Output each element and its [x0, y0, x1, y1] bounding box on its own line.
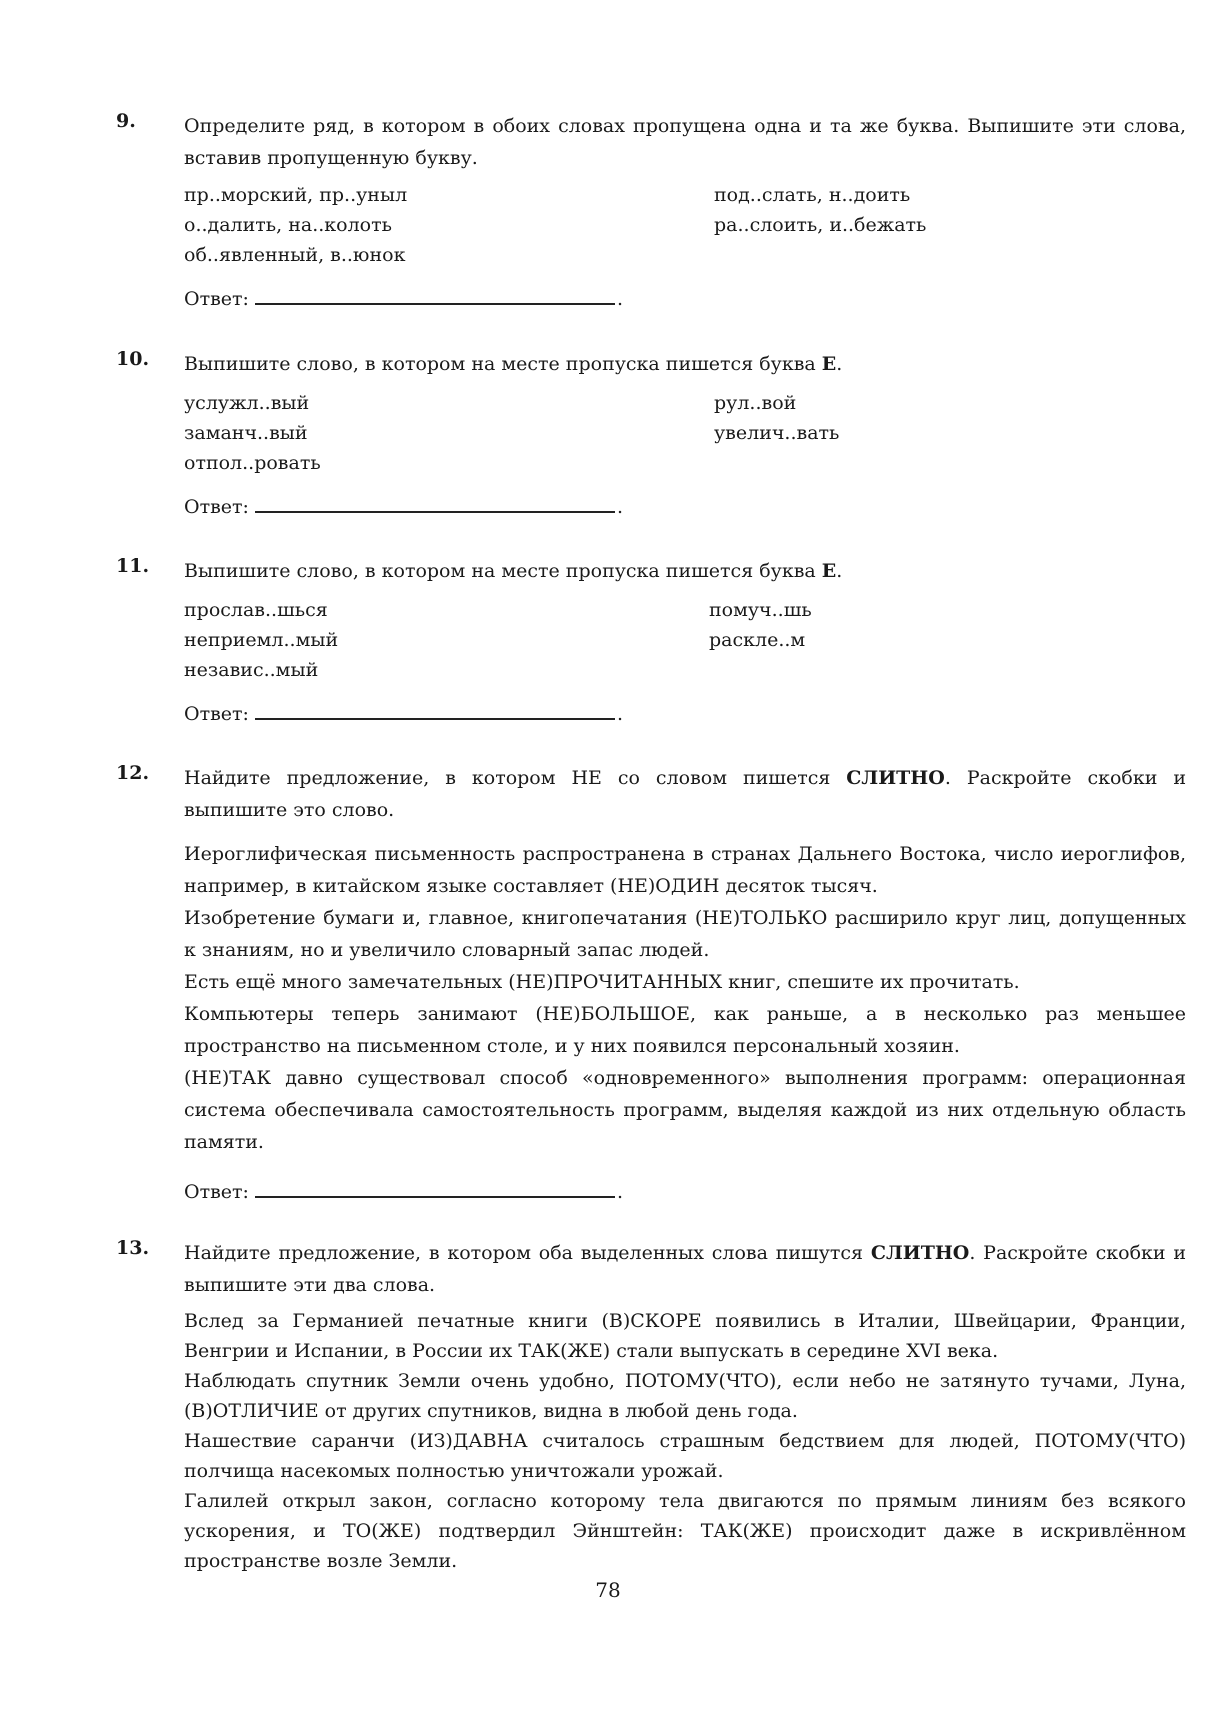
- sentence: Изобретение бумаги и, главное, книгопеча…: [184, 902, 1186, 966]
- option: раскле..м: [709, 625, 812, 655]
- option: пр..морский, пр..уныл: [184, 180, 407, 210]
- task-number: 12.: [116, 762, 149, 784]
- task-12-answer: Ответ:.: [184, 1178, 623, 1203]
- option: ра..слоить, и..бежать: [714, 210, 926, 240]
- sentence: Галилей открыл закон, согласно которому …: [184, 1486, 1186, 1576]
- task-13-sentences: Вслед за Германией печатные книги (В)СКО…: [184, 1306, 1186, 1576]
- answer-label: Ответ:: [184, 288, 249, 310]
- sentence: Наблюдать спутник Земли очень удобно, ПО…: [184, 1366, 1186, 1426]
- sentence: Иероглифическая письменность распростран…: [184, 838, 1186, 902]
- sentence: Есть ещё много замечательных (НЕ)ПРОЧИТА…: [184, 966, 1186, 998]
- task-12-sentences: Иероглифическая письменность распростран…: [184, 838, 1186, 1158]
- task-question: Выпишите слово, в котором на месте пропу…: [184, 348, 1186, 380]
- answer-field[interactable]: [255, 700, 615, 720]
- task-9-answer: Ответ:.: [184, 285, 623, 310]
- option: помуч..шь: [709, 595, 812, 625]
- option: прослав..шься: [184, 595, 338, 625]
- answer-field[interactable]: [255, 285, 615, 305]
- task-question: Определите ряд, в котором в обоих словах…: [184, 110, 1186, 174]
- sentence: Компьютеры теперь занимают (НЕ)БОЛЬШОЕ, …: [184, 998, 1186, 1062]
- task-question: Выпишите слово, в котором на месте пропу…: [184, 555, 1186, 587]
- task-number: 11.: [116, 555, 149, 577]
- task-number: 10.: [116, 348, 149, 370]
- answer-label: Ответ:: [184, 703, 249, 725]
- task-question: Найдите предложение, в котором НЕ со сло…: [184, 762, 1186, 826]
- task-number: 9.: [116, 110, 136, 132]
- option: рул..вой: [714, 388, 839, 418]
- option: заманч..вый: [184, 418, 321, 448]
- task-10-answer: Ответ:.: [184, 493, 623, 518]
- sentence: Нашествие саранчи (ИЗ)ДАВНА считалось ст…: [184, 1426, 1186, 1486]
- answer-field[interactable]: [255, 493, 615, 513]
- answer-field[interactable]: [255, 1178, 615, 1198]
- option: независ..мый: [184, 655, 338, 685]
- option: под..слать, н..доить: [714, 180, 926, 210]
- task-11-answer: Ответ:.: [184, 700, 623, 725]
- task-number: 13.: [116, 1237, 149, 1259]
- answer-period: .: [617, 703, 623, 725]
- page-number: 78: [0, 1578, 1216, 1602]
- option: отпол..ровать: [184, 448, 321, 478]
- option: неприемл..мый: [184, 625, 338, 655]
- answer-period: .: [617, 1181, 623, 1203]
- sentence: Вслед за Германией печатные книги (В)СКО…: [184, 1306, 1186, 1366]
- option: об..явленный, в..юнок: [184, 240, 407, 270]
- answer-label: Ответ:: [184, 1181, 249, 1203]
- option: услужл..вый: [184, 388, 321, 418]
- task-question: Найдите предложение, в котором оба выдел…: [184, 1237, 1186, 1301]
- sentence: (НЕ)ТАК давно существовал способ «одновр…: [184, 1062, 1186, 1158]
- answer-period: .: [617, 288, 623, 310]
- option: о..далить, на..колоть: [184, 210, 407, 240]
- answer-label: Ответ:: [184, 496, 249, 518]
- answer-period: .: [617, 496, 623, 518]
- option: увелич..вать: [714, 418, 839, 448]
